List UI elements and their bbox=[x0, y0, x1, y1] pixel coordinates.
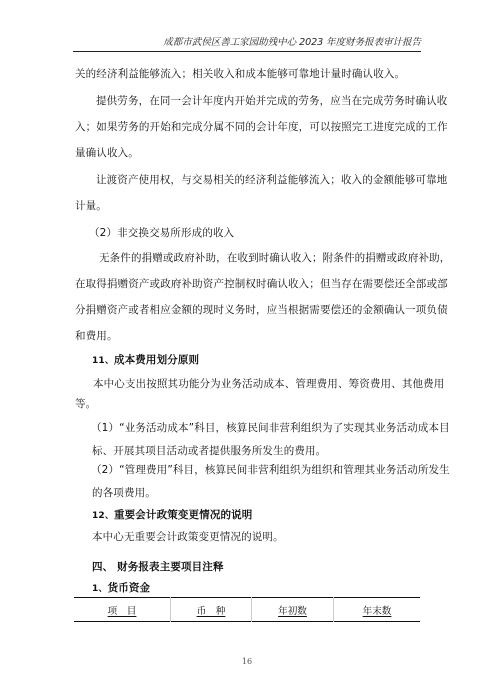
section-title: 成本费用划分原则 bbox=[114, 354, 199, 366]
section-heading-11: 11、成本费用划分原则 bbox=[92, 353, 442, 368]
subsection-heading-1: 1、货币资金 bbox=[92, 581, 442, 596]
page-number: 16 bbox=[0, 657, 494, 666]
col-header-closing: 年末数 bbox=[334, 598, 421, 622]
body-line: 在取得捐赠资产或政府补助资产控制权时确认收入；但当存在需要偿还全部或部 bbox=[75, 277, 425, 291]
subsection-title: 货币资金 bbox=[108, 582, 151, 594]
body-line: 的各项费用。 bbox=[92, 486, 442, 500]
body-line: 等。 bbox=[75, 397, 425, 411]
body-line: 本中心无重要会计政策变更情况的说明。 bbox=[92, 530, 442, 544]
col-header-currency: 币 种 bbox=[171, 598, 252, 622]
body-line: 分捐赠资产或者相应金额的现时义务时，应当根据需要偿还的金额确认一项负债 bbox=[75, 303, 425, 317]
section-heading-4: 四、 财务报表主要项目注释 bbox=[92, 560, 442, 574]
section-heading-12: 12、重要会计政策变更情况的说明 bbox=[92, 508, 442, 523]
body-line: 提供劳务，在同一会计年度内开始并完成的劳务，应当在完成劳务时确认收 bbox=[96, 94, 446, 108]
body-line: （1）“业务活动成本”科目，核算民间非营利组织为了实现其业务活动成本目 bbox=[91, 421, 441, 435]
body-line: 量确认收入。 bbox=[75, 146, 425, 160]
body-line: 标、开展其项目活动或者提供服务所发生的费用。 bbox=[92, 444, 442, 458]
document-page: 成都市武侯区善工家园助残中心 2023 年度财务报表审计报告 关的经济利益能够流… bbox=[0, 0, 494, 700]
table-header-row: 项 目 币 种 年初数 年末数 bbox=[74, 598, 420, 622]
body-line: 计量。 bbox=[75, 199, 425, 213]
body-line: 本中心支出按照其功能分为业务活动成本、管理费用、筹资费用、其他费用 bbox=[93, 377, 443, 391]
col-header-opening: 年初数 bbox=[252, 598, 334, 622]
section-number: 11、 bbox=[92, 356, 114, 366]
body-line: 入；如果劳务的开始和完成分属不同的会计年度，可以按照完工进度完成的工作 bbox=[75, 120, 425, 134]
subsection-number: 1、 bbox=[92, 584, 108, 594]
body-line: 和费用。 bbox=[75, 329, 425, 343]
section-number: 12、 bbox=[92, 511, 114, 521]
body-line: 让渡资产使用权，与交易相关的经济利益能够流入；收入的金额能够可靠地 bbox=[96, 173, 446, 187]
cash-table: 项 目 币 种 年初数 年末数 bbox=[74, 597, 420, 622]
body-line: 关的经济利益能够流入；相关收入和成本能够可靠地计量时确认收入。 bbox=[75, 67, 425, 81]
body-line: 无条件的捐赠或政府补助，在收到时确认收入；附条件的捐赠或政府补助， bbox=[99, 251, 449, 265]
section-title: 重要会计政策变更情况的说明 bbox=[114, 509, 252, 521]
body-line: （2）“管理费用”科目，核算民间非营利组织为组织和管理其业务活动所发生 bbox=[91, 463, 441, 477]
col-header-item: 项 目 bbox=[74, 598, 171, 622]
running-header: 成都市武侯区善工家园助残中心 2023 年度财务报表审计报告 bbox=[73, 36, 421, 52]
subheading-non-exchange: （2）非交换交易所形成的收入 bbox=[89, 226, 439, 240]
